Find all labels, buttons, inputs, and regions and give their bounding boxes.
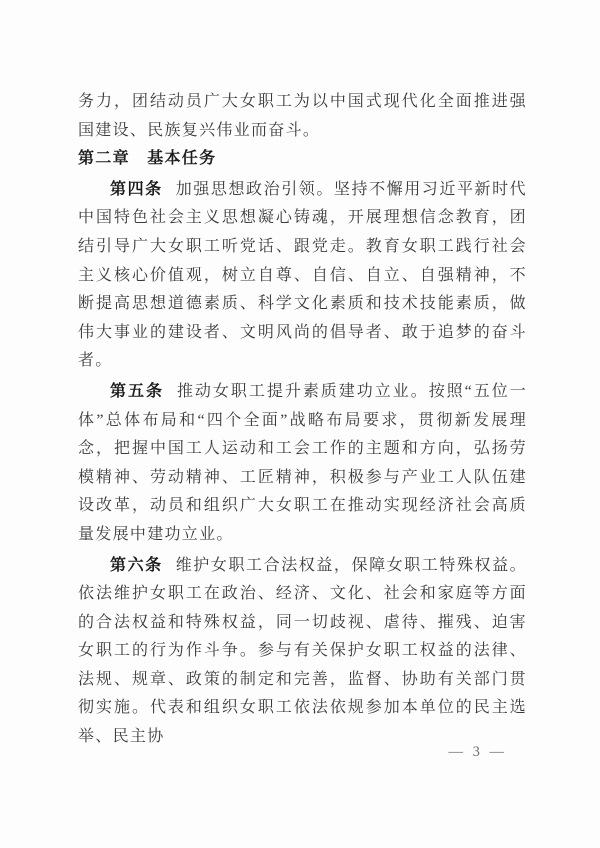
article-paragraph-5: 第五条推动女职工提升素质建功立业。按照“五位一体”总体布局和“四个全面”战略布局… — [78, 378, 527, 550]
page-number: — 3 — — [449, 744, 508, 761]
article-6-text: 维护女职工合法权益，保障女职工特殊权益。依法维护女职工在政治、经济、文化、社会和… — [78, 557, 527, 746]
article-paragraph-6: 第六条维护女职工合法权益，保障女职工特殊权益。依法维护女职工在政治、经济、文化、… — [78, 552, 527, 752]
article-5-text: 推动女职工提升素质建功立业。按照“五位一体”总体布局和“四个全面”战略布局要求，… — [78, 383, 527, 543]
article-5-label: 第五条 — [110, 383, 164, 400]
article-paragraph-4: 第四条加强思想政治引领。坚持不懈用习近平新时代中国特色社会主义思想凝心铸魂，开展… — [78, 176, 527, 376]
chapter-heading: 第二章 基本任务 — [78, 145, 527, 174]
article-4-text: 加强思想政治引领。坚持不懈用习近平新时代中国特色社会主义思想凝心铸魂，开展理想信… — [78, 181, 527, 370]
article-4-label: 第四条 — [110, 181, 163, 198]
document-body: 务力，团结动员广大女职工为以中国式现代化全面推进强国建设、民族复兴伟业而奋斗。 … — [78, 88, 527, 752]
document-page: 务力，团结动员广大女职工为以中国式现代化全面推进强国建设、民族复兴伟业而奋斗。 … — [0, 0, 600, 848]
article-6-label: 第六条 — [110, 557, 163, 574]
intro-paragraph: 务力，团结动员广大女职工为以中国式现代化全面推进强国建设、民族复兴伟业而奋斗。 — [78, 88, 527, 145]
